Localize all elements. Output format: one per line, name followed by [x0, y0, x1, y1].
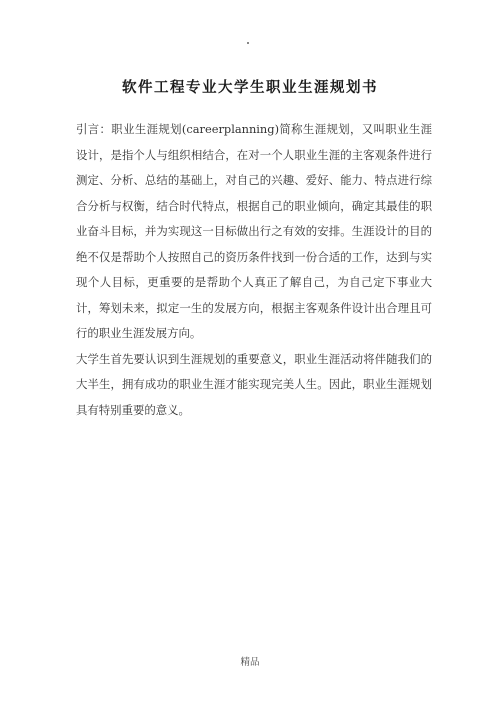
- paragraph-introduction: 引言：职业生涯规划(careerplanning)简称生涯规划，又叫职业生涯设计…: [76, 117, 432, 347]
- document-title: 软件工程专业大学生职业生涯规划书: [0, 76, 500, 97]
- header-mark: [247, 42, 249, 44]
- paragraph-importance: 大学生首先要认识到生涯规划的重要意义，职业生涯活动将伴随我们的大半生，拥有成功的…: [76, 347, 432, 424]
- page-footer: 精品: [0, 654, 500, 668]
- document-body: 引言：职业生涯规划(careerplanning)简称生涯规划，又叫职业生涯设计…: [76, 117, 432, 423]
